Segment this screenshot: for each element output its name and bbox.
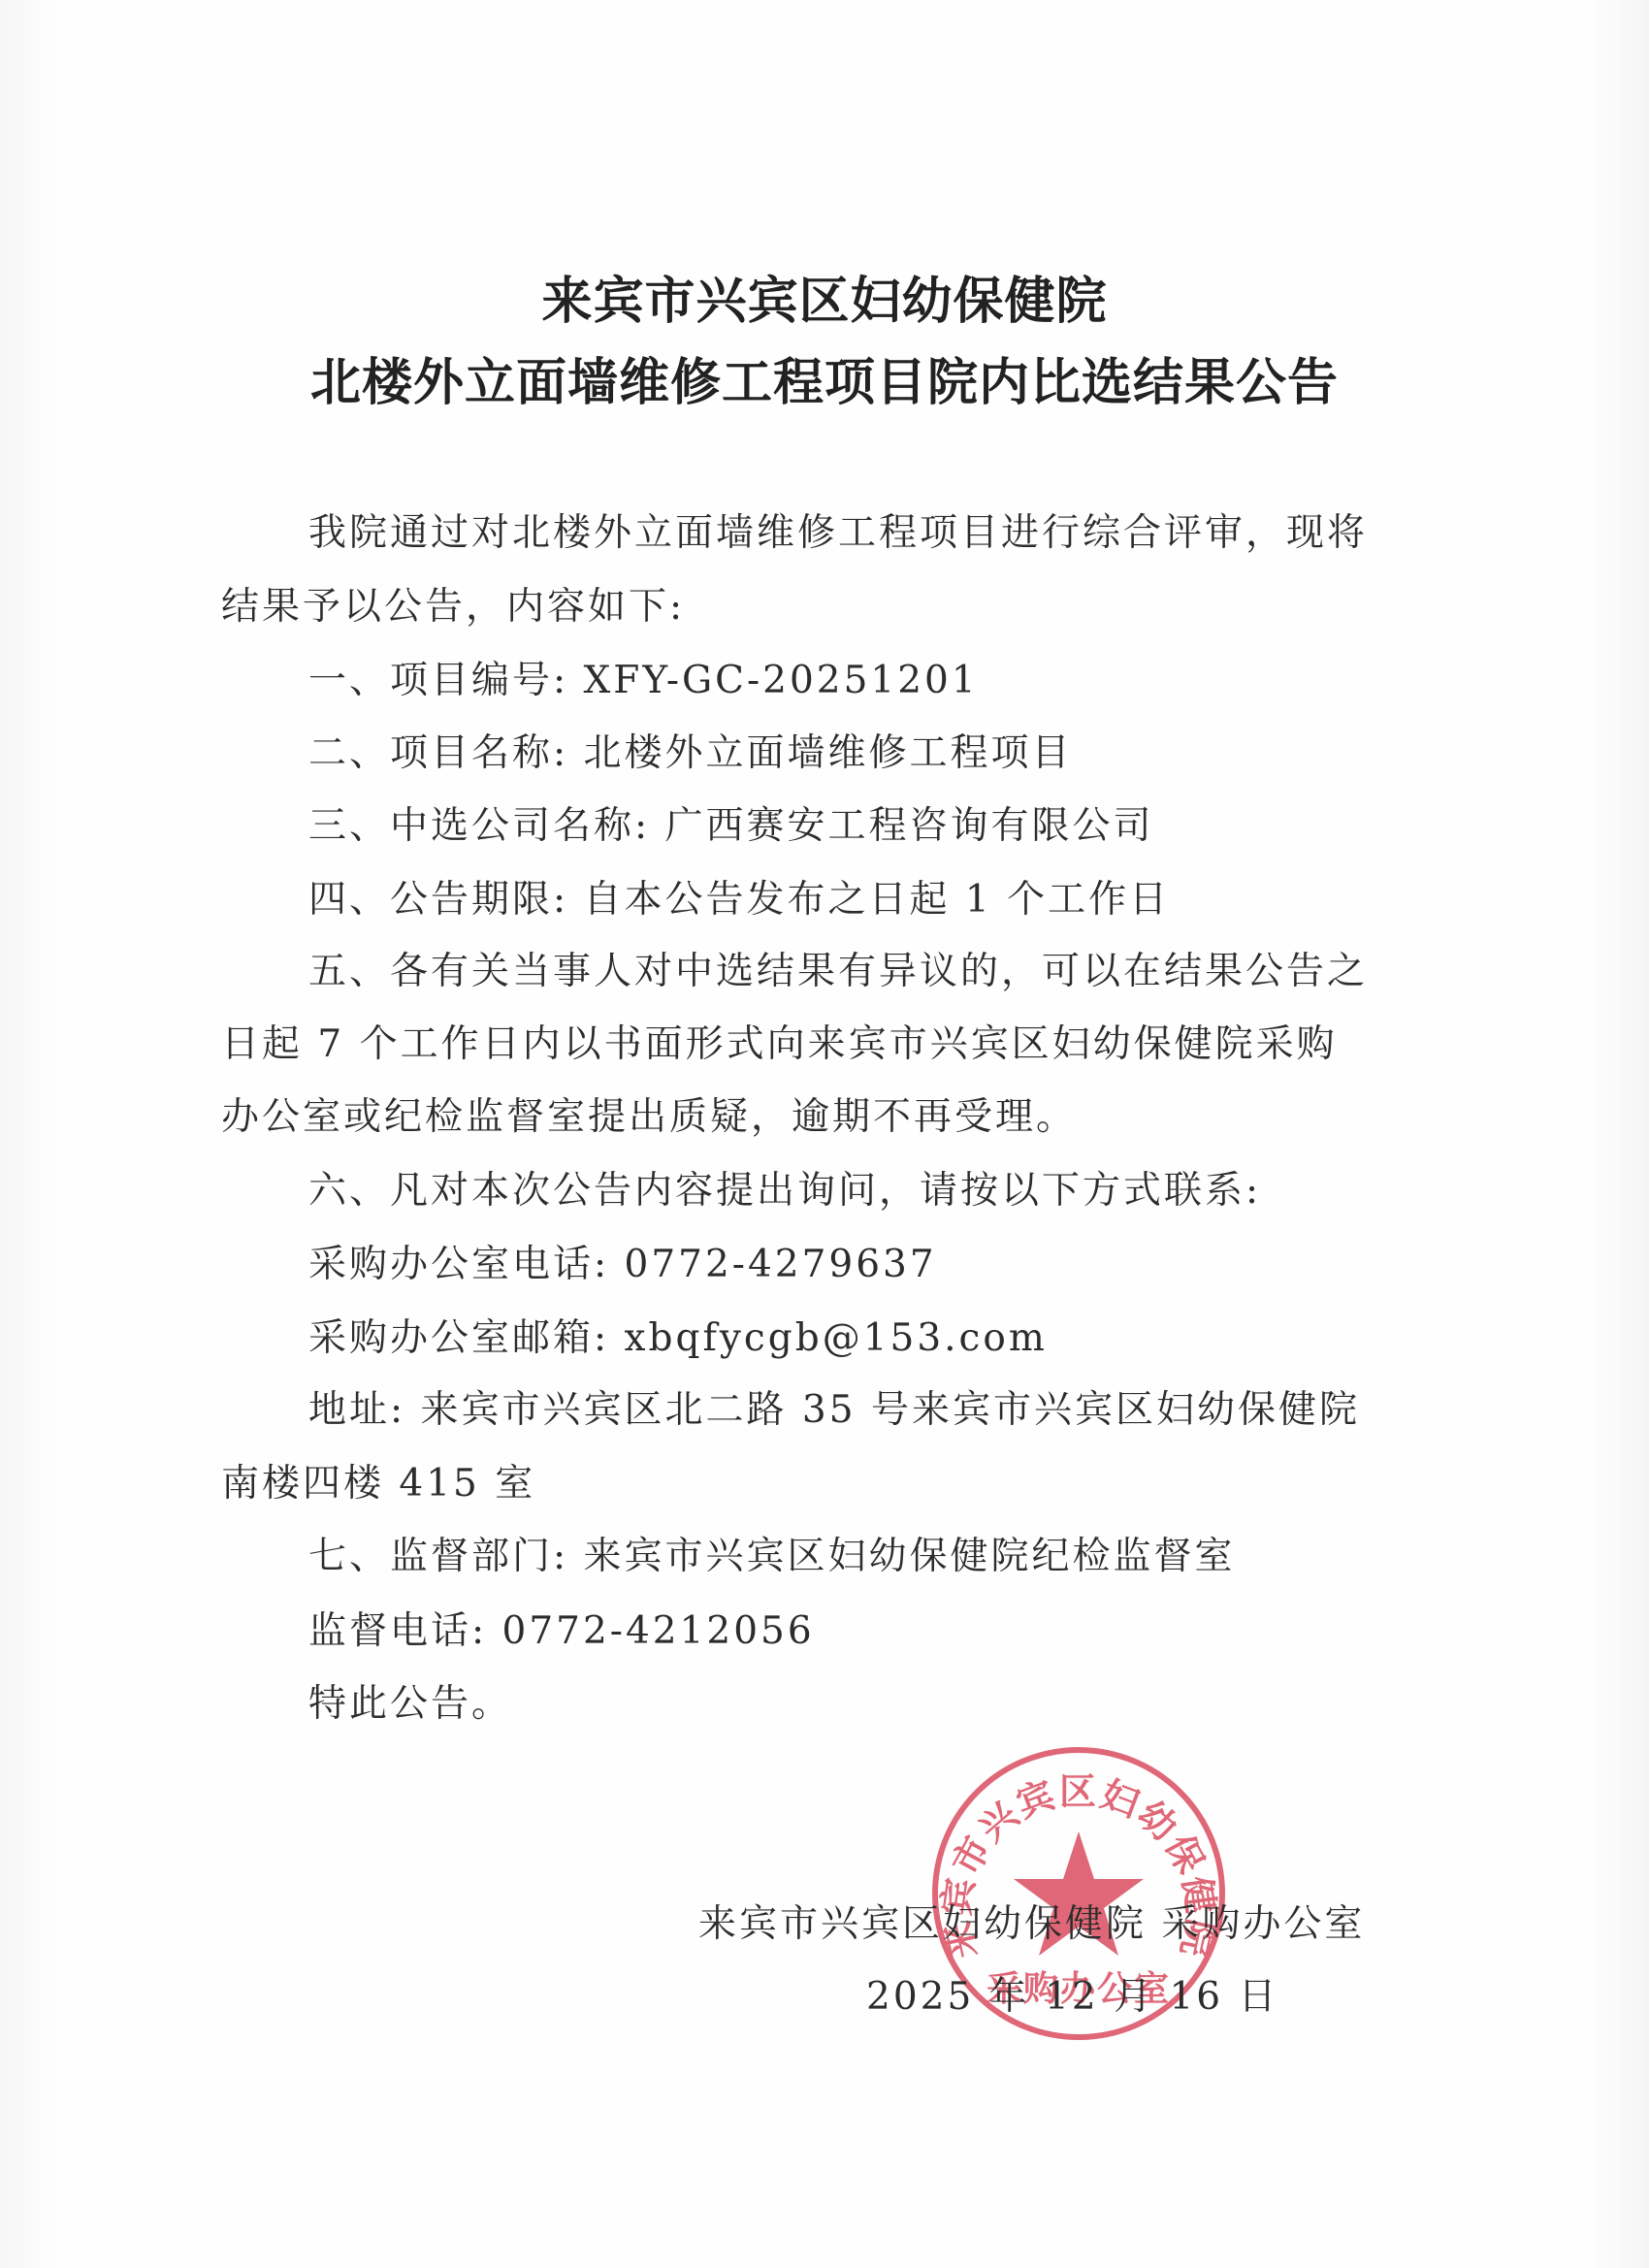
title-announcement: 北楼外立面墙维修工程项目院内比选结果公告 <box>0 341 1649 414</box>
contact-phone: 采购办公室电话: 0772-4279637 <box>308 1234 937 1288</box>
item-project-number: 一、项目编号: XFY-GC-20251201 <box>308 650 979 704</box>
contact-email: 采购办公室邮箱: xbqfycgb@153.com <box>308 1308 1048 1362</box>
item-announcement-period: 四、公告期限: 自本公告发布之日起 1 个工作日 <box>308 869 1170 923</box>
title-institution: 来宾市兴宾区妇幼保健院 <box>0 260 1649 333</box>
signature-issuer: 来宾市兴宾区妇幼保健院 采购办公室 <box>698 1894 1365 1948</box>
supervision-phone: 监督电话: 0772-4212056 <box>308 1601 815 1655</box>
intro-line-1: 我院通过对北楼外立面墙维修工程项目进行综合评审，现将 <box>308 502 1368 557</box>
document-page: 来宾市兴宾区妇幼保健院 北楼外立面墙维修工程项目院内比选结果公告 我院通过对北楼… <box>0 0 1649 2268</box>
address-line-2: 南楼四楼 415 室 <box>221 1453 535 1507</box>
contact-heading: 六、凡对本次公告内容提出询问，请按以下方式联系: <box>308 1160 1261 1215</box>
signature-date: 2025 年 12 月 16 日 <box>866 1966 1279 2021</box>
address-line-1: 地址: 来宾市兴宾区北二路 35 号来宾市兴宾区妇幼保健院 <box>308 1379 1360 1434</box>
objection-line-1: 五、各有关当事人对中选结果有异议的，可以在结果公告之 <box>308 941 1368 995</box>
objection-line-2: 日起 7 个工作日内以书面形式向来宾市兴宾区妇幼保健院采购 <box>221 1014 1338 1068</box>
objection-line-3: 办公室或纪检监督室提出质疑，逾期不再受理。 <box>221 1086 1077 1141</box>
item-project-name: 二、项目名称: 北楼外立面墙维修工程项目 <box>308 723 1073 777</box>
item-selected-company: 三、中选公司名称: 广西赛安工程咨询有限公司 <box>308 795 1154 850</box>
intro-line-2: 结果予以公告，内容如下: <box>221 576 685 631</box>
closing-statement: 特此公告。 <box>308 1673 512 1728</box>
supervision-department: 七、监督部门: 来宾市兴宾区妇幼保健院纪检监督室 <box>308 1526 1236 1580</box>
